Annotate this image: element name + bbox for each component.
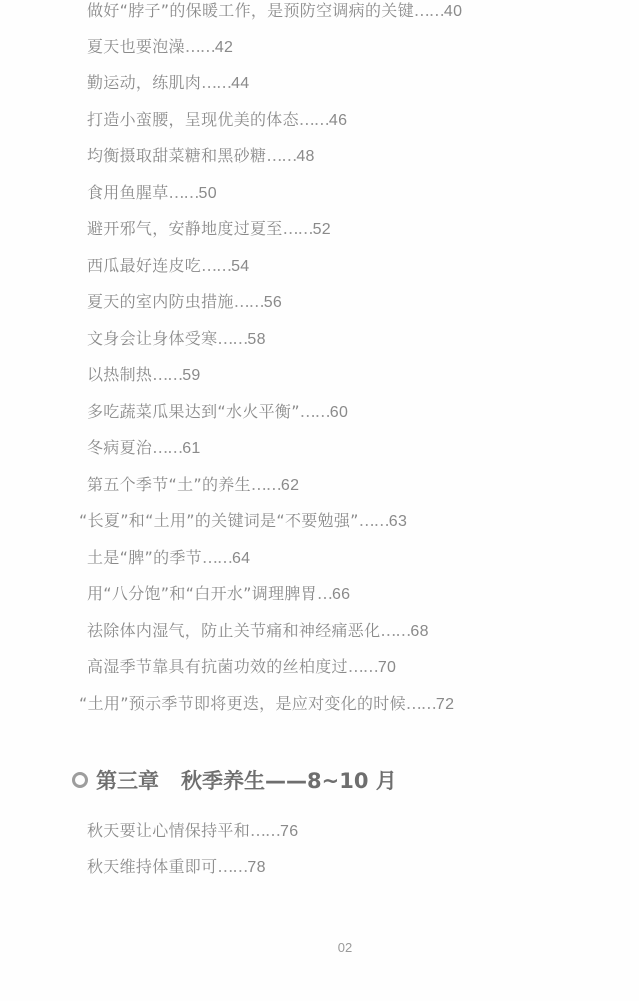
toc-leader-dots: … (317, 584, 332, 603)
toc-entry[interactable]: 夏天也要泡澡……42 (87, 37, 233, 58)
chapter-number: 第三章 (96, 765, 159, 795)
toc-entry-title: 勤运动，练肌肉 (87, 73, 201, 92)
toc-entry[interactable]: 食用鱼腥草……50 (87, 183, 217, 204)
chapter-title: 秋季养生——8~10 月 (181, 765, 397, 795)
toc-entry[interactable]: 高湿季节靠具有抗菌功效的丝柏度过……70 (87, 657, 396, 678)
toc-entry[interactable]: “长夏”和“土用”的关键词是“不要勉强”……63 (79, 511, 407, 532)
toc-entry[interactable]: 以热制热……59 (87, 365, 201, 386)
toc-entry-title: 打造小蛮腰，呈现优美的体态 (87, 110, 299, 129)
toc-leader-dots: …… (201, 73, 231, 92)
toc-entry[interactable]: 打造小蛮腰，呈现优美的体态……46 (87, 110, 347, 131)
toc-entry[interactable]: 土是“脾”的季节……64 (87, 548, 250, 569)
toc-page-number: 66 (332, 586, 350, 603)
toc-leader-dots: …… (250, 821, 280, 840)
toc-leader-dots: …… (217, 857, 247, 876)
toc-entry[interactable]: 西瓜最好连皮吃……54 (87, 256, 250, 277)
toc-page-number: 59 (182, 367, 200, 384)
toc-page-number: 61 (182, 440, 200, 457)
toc-entry[interactable]: 秋天要让心情保持平和……76 (87, 821, 298, 842)
toc-page-number: 58 (247, 331, 265, 348)
toc-page-number: 70 (378, 659, 396, 676)
toc-entry-title: 秋天维持体重即可 (87, 857, 217, 876)
toc-leader-dots: …… (217, 329, 247, 348)
toc-entry[interactable]: 多吃蔬菜瓜果达到“水火平衡”……60 (87, 402, 348, 423)
toc-page-number: 42 (215, 39, 233, 56)
toc-page-number: 63 (389, 513, 407, 530)
circle-outline-icon (72, 772, 88, 788)
toc-entry-title: 第五个季节“土”的养生 (87, 475, 251, 494)
toc-entry-title: 做好“脖子”的保暖工作，是预防空调病的关键 (87, 1, 414, 20)
toc-leader-dots: …… (251, 475, 281, 494)
toc-entry[interactable]: “土用”预示季节即将更迭，是应对变化的时候……72 (79, 694, 454, 715)
toc-page-number: 50 (199, 185, 217, 202)
toc-entry-title: 高湿季节靠具有抗菌功效的丝柏度过 (87, 657, 348, 676)
toc-page-number: 52 (313, 221, 331, 238)
toc-page-number: 56 (264, 294, 282, 311)
toc-entry-title: 夏天的室内防虫措施 (87, 292, 234, 311)
toc-entry[interactable]: 避开邪气，安静地度过夏至……52 (87, 219, 331, 240)
toc-leader-dots: …… (266, 146, 296, 165)
toc-leader-dots: …… (283, 219, 313, 238)
toc-page-number: 76 (280, 823, 298, 840)
toc-entry[interactable]: 勤运动，练肌肉……44 (87, 73, 250, 94)
toc-page-number: 44 (231, 75, 249, 92)
toc-entry[interactable]: 祛除体内湿气，防止关节痛和神经痛恶化……68 (87, 621, 429, 642)
toc-page-number: 60 (330, 404, 348, 421)
toc-page-number: 54 (231, 258, 249, 275)
toc-entry[interactable]: 做好“脖子”的保暖工作，是预防空调病的关键……40 (87, 1, 462, 22)
toc-entry-title: 文身会让身体受寒 (87, 329, 217, 348)
toc-entry[interactable]: 用“八分饱”和“白开水”调理脾胃…66 (87, 584, 350, 605)
toc-entry-title: 冬病夏治 (87, 438, 152, 457)
toc-entry-title: “长夏”和“土用”的关键词是“不要勉强” (79, 511, 359, 530)
toc-entry-title: 西瓜最好连皮吃 (87, 256, 201, 275)
toc-page-number: 40 (444, 3, 462, 20)
toc-entry-title: 夏天也要泡澡 (87, 37, 185, 56)
toc-leader-dots: …… (359, 511, 389, 530)
toc-leader-dots: …… (185, 37, 215, 56)
toc-leader-dots: …… (299, 110, 329, 129)
toc-entry-title: 以热制热 (87, 365, 152, 384)
toc-leader-dots: …… (152, 365, 182, 384)
toc-leader-dots: …… (152, 438, 182, 457)
toc-page-number: 72 (436, 696, 454, 713)
toc-entry-title: 土是“脾”的季节 (87, 548, 202, 567)
toc-entry-title: 食用鱼腥草 (87, 183, 169, 202)
toc-page-number: 64 (232, 550, 250, 567)
toc-entry[interactable]: 冬病夏治……61 (87, 438, 201, 459)
toc-entry-title: 均衡摄取甜菜糖和黑砂糖 (87, 146, 266, 165)
toc-leader-dots: …… (234, 292, 264, 311)
toc-leader-dots: …… (169, 183, 199, 202)
toc-leader-dots: …… (414, 1, 444, 20)
toc-leader-dots: …… (202, 548, 232, 567)
toc-entry[interactable]: 夏天的室内防虫措施……56 (87, 292, 282, 313)
toc-leader-dots: …… (201, 256, 231, 275)
toc-page-number: 68 (410, 623, 428, 640)
toc-page-number: 48 (296, 148, 314, 165)
toc-leader-dots: …… (406, 694, 436, 713)
toc-entry-title: 秋天要让心情保持平和 (87, 821, 250, 840)
toc-page-number: 46 (329, 112, 347, 129)
page-number: 02 (0, 940, 639, 955)
chapter-heading[interactable]: 第三章 秋季养生——8~10 月 (72, 765, 397, 795)
toc-leader-dots: …… (348, 657, 378, 676)
toc-entry[interactable]: 均衡摄取甜菜糖和黑砂糖……48 (87, 146, 315, 167)
toc-entry[interactable]: 文身会让身体受寒……58 (87, 329, 266, 350)
toc-page-number: 78 (247, 859, 265, 876)
toc-entry-title: 多吃蔬菜瓜果达到“水火平衡” (87, 402, 300, 421)
toc-leader-dots: …… (300, 402, 330, 421)
toc-entry-title: 避开邪气，安静地度过夏至 (87, 219, 283, 238)
toc-entry-title: “土用”预示季节即将更迭，是应对变化的时候 (79, 694, 406, 713)
toc-entry[interactable]: 秋天维持体重即可……78 (87, 857, 266, 878)
toc-entry-title: 用“八分饱”和“白开水”调理脾胃 (87, 584, 317, 603)
toc-page-number: 62 (281, 477, 299, 494)
toc-entry-title: 祛除体内湿气，防止关节痛和神经痛恶化 (87, 621, 380, 640)
toc-entry[interactable]: 第五个季节“土”的养生……62 (87, 475, 299, 496)
toc-leader-dots: …… (380, 621, 410, 640)
